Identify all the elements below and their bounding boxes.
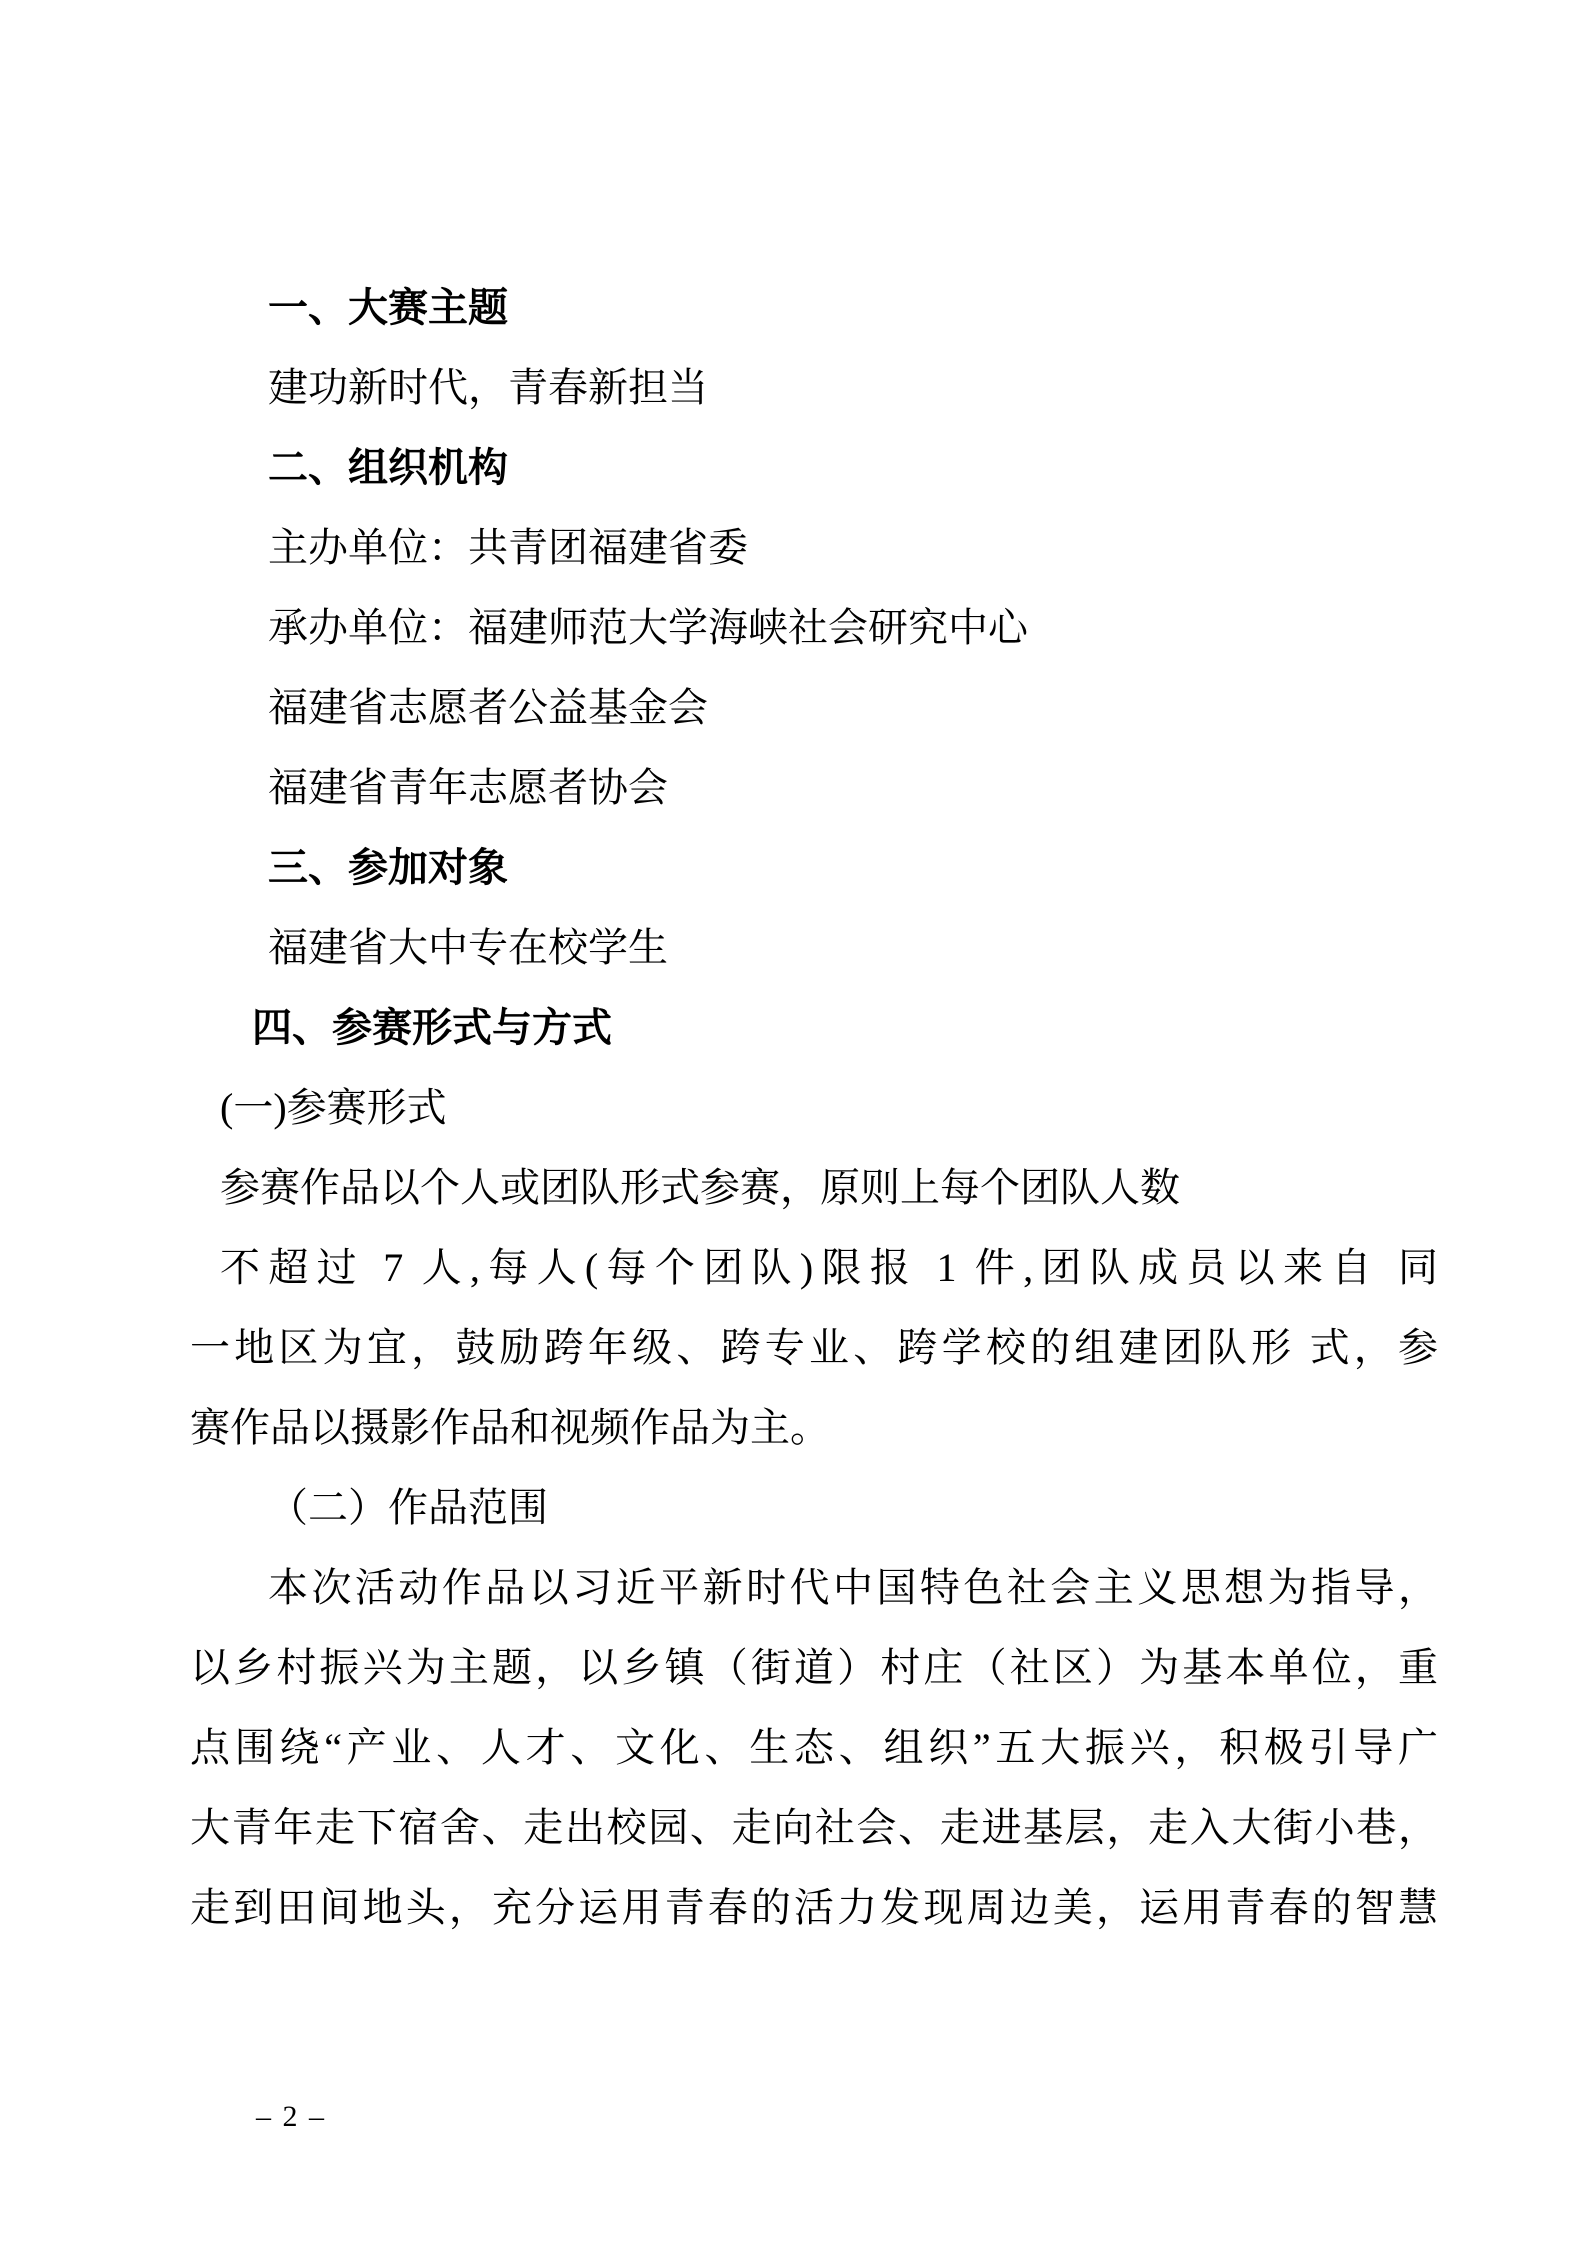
text-line: 点围绕“产业、人才、文化、生态、组织”五大振兴，积极引导广	[190, 1708, 1438, 1788]
page-number: – 2 –	[256, 2097, 326, 2137]
text-line: 赛作品以摄影作品和视频作品为主。	[190, 1388, 1438, 1468]
section-heading-1: 一、大赛主题	[190, 268, 1438, 348]
subsection-heading: （二）作品范围	[190, 1468, 1438, 1548]
document-body: 一、大赛主题 建功新时代，青春新担当 二、组织机构 主办单位：共青团福建省委 承…	[190, 268, 1438, 1948]
text-line: 本次活动作品以习近平新时代中国特色社会主义思想为指导，	[190, 1548, 1438, 1628]
text-line: 不超过 7 人,每人(每个团队)限报 1 件,团队成员以来自 同	[190, 1228, 1438, 1308]
text-line: 福建省青年志愿者协会	[190, 748, 1438, 828]
section-heading-3: 三、参加对象	[190, 828, 1438, 908]
subsection-heading: (一)参赛形式	[190, 1068, 1438, 1148]
text-line: 参赛作品以个人或团队形式参赛，原则上每个团队人数	[190, 1148, 1438, 1228]
text-line: 走到田间地头，充分运用青春的活力发现周边美，运用青春的智慧	[190, 1868, 1438, 1948]
text-line: 福建省大中专在校学生	[190, 908, 1438, 988]
text-line: 主办单位：共青团福建省委	[190, 508, 1438, 588]
section-heading-2: 二、组织机构	[190, 428, 1438, 508]
text-line: 承办单位：福建师范大学海峡社会研究中心	[190, 588, 1438, 668]
text-line: 福建省志愿者公益基金会	[190, 668, 1438, 748]
text-line: 一地区为宜，鼓励跨年级、跨专业、跨学校的组建团队形 式，参	[190, 1308, 1438, 1388]
text-line: 建功新时代，青春新担当	[190, 348, 1438, 428]
document-page: 一、大赛主题 建功新时代，青春新担当 二、组织机构 主办单位：共青团福建省委 承…	[0, 0, 1586, 2245]
text-line: 以乡村振兴为主题，以乡镇（街道）村庄（社区）为基本单位，重	[190, 1628, 1438, 1708]
text-line: 大青年走下宿舍、走出校园、走向社会、走进基层，走入大街小巷，	[190, 1788, 1438, 1868]
section-heading-4: 四、参赛形式与方式	[190, 988, 1438, 1068]
